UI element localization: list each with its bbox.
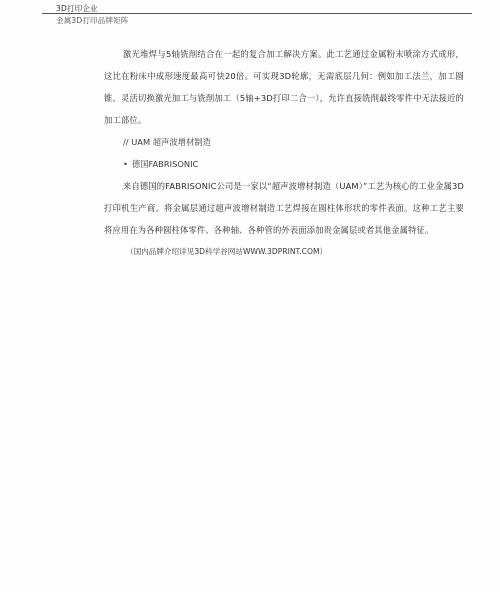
- header-title: 3D打印企业: [56, 4, 98, 13]
- document-page: 3D打印企业 金属3D打印品牌矩阵 激光堆焊与5轴铣削结合在一起的复合加工解决方…: [0, 0, 500, 592]
- source-note: （国内品牌介绍详见3D科学谷网站WWW.3DPRINT.COM）: [104, 241, 464, 263]
- paragraph-laser-milling: 激光堆焊与5轴铣削结合在一起的复合加工解决方案。此工艺通过金属粉末喷涂方式成形，…: [104, 43, 464, 131]
- bullet-icon: •: [123, 153, 128, 175]
- header-subtitle: 金属3D打印品牌矩阵: [56, 16, 129, 25]
- section-heading-uam: // UAM 超声波增材制造: [104, 131, 464, 153]
- company-item: •德国FABRISONIC: [104, 153, 464, 175]
- article-body: 激光堆焊与5轴铣削结合在一起的复合加工解决方案。此工艺通过金属粉末喷涂方式成形，…: [104, 43, 464, 263]
- company-name: 德国FABRISONIC: [132, 159, 198, 169]
- paragraph-fabrisonic: 来自德国的FABRISONIC公司是一家以“超声波增材制造（UAM）”工艺为核心…: [104, 175, 464, 241]
- header-divider: [42, 13, 472, 14]
